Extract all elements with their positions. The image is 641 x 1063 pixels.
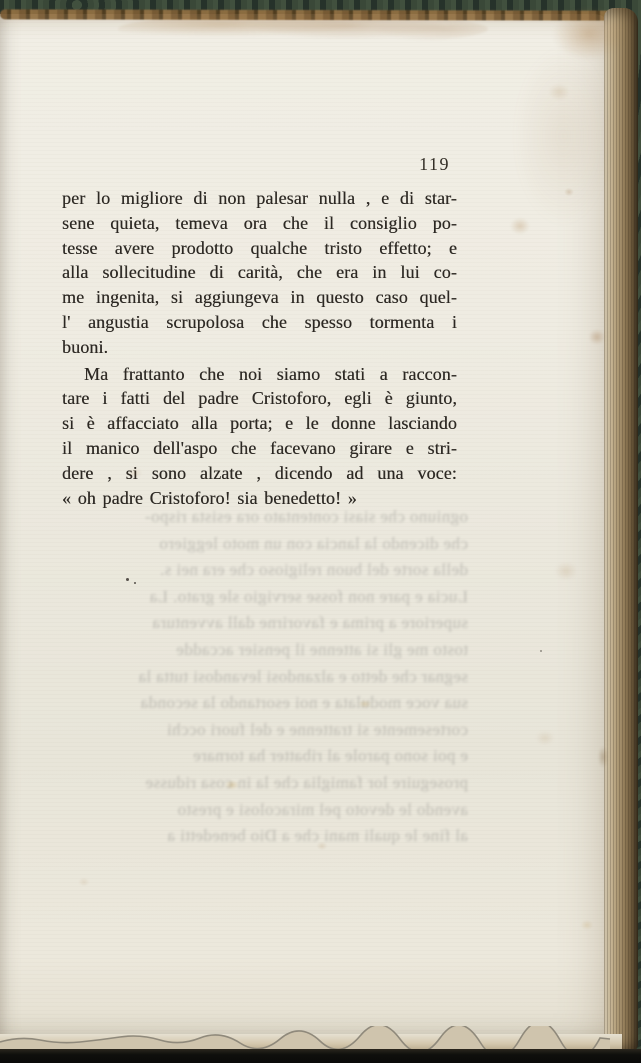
word: , (107, 461, 112, 486)
word: , (256, 461, 261, 486)
word: po- (433, 211, 457, 236)
text-line: meingenita,siaggiungevainquestocasoquel- (62, 285, 457, 310)
word: e (285, 411, 293, 436)
word: avere (115, 236, 154, 261)
showthrough-line: Lucia e pare non fosse servigio sle grat… (36, 584, 468, 611)
word: alla (191, 411, 217, 436)
word: si (171, 285, 183, 310)
word: me (62, 285, 84, 310)
word: il (324, 211, 334, 236)
word: tare (62, 386, 89, 411)
word: fatti (120, 386, 150, 411)
word: che (297, 260, 322, 285)
word: dell'aspo (153, 436, 217, 461)
word: dere (62, 461, 93, 486)
word: ingenita, (96, 285, 159, 310)
word: sollecitudine (102, 260, 195, 285)
showthrough-line: avendo le devoto pel miracolosi e presto (36, 797, 468, 824)
word: porta; (230, 411, 273, 436)
word: quieta, (110, 211, 159, 236)
showthrough-line: ogniuno che siasi contentato ora esista … (36, 504, 468, 531)
page-top-ragged-edge (0, 9, 618, 20)
word: di (193, 186, 207, 211)
text-line: Mafrattantochenoisiamostatiaraccon- (62, 362, 457, 387)
word: giunto, (406, 386, 457, 411)
word: e (406, 436, 414, 461)
paper-page: 119 perlomiglioredinonpalesarnulla,edist… (0, 14, 612, 1038)
word: egli (344, 386, 371, 411)
word: che (199, 362, 224, 387)
showthrough: ogniuno che siasi contentato ora esista … (36, 504, 468, 850)
showthrough-line: al fine le quali mani che a Dio benedett… (36, 823, 468, 850)
word: co- (434, 260, 457, 285)
word: scrupolosa (166, 310, 244, 335)
word: caso (375, 285, 407, 310)
word: voce: (417, 461, 456, 486)
word: padre (198, 386, 238, 411)
word: è (385, 386, 393, 411)
word: sono (152, 461, 186, 486)
word: manico (86, 436, 140, 461)
book-page-scan: 119 perlomiglioredinonpalesarnulla,edist… (0, 0, 641, 1063)
word: si (126, 461, 138, 486)
word: alla (62, 260, 88, 285)
word: , (366, 186, 371, 211)
word: ora (244, 211, 267, 236)
showthrough-line: proseguire lor famiglia che la in cosa r… (36, 770, 468, 797)
word: era (336, 260, 358, 285)
word: temeva (175, 211, 228, 236)
word: aggiungeva (195, 285, 279, 310)
showthrough-line: sua voce modulata e noi esortando la sec… (36, 690, 468, 717)
word: affacciato (107, 411, 179, 436)
word: tesse (62, 236, 98, 261)
word: è (87, 411, 95, 436)
word: facevano (270, 436, 336, 461)
word: angustia (88, 310, 149, 335)
word: palesar (256, 186, 308, 211)
word: tormenta (370, 310, 435, 335)
word: stati (335, 362, 366, 387)
word: noi (239, 362, 262, 387)
word: che (283, 211, 308, 236)
word: effetto; (379, 236, 431, 261)
showthrough-line: tosto me gli si attenne il pensier accad… (36, 637, 468, 664)
text-block: perlomiglioredinonpalesarnulla,edistar-s… (62, 186, 457, 510)
word: che (262, 310, 287, 335)
text-line: perlomiglioredinonpalesarnulla,edistar- (62, 186, 457, 211)
word: il (62, 436, 72, 461)
word: questo (316, 285, 364, 310)
word: lo (96, 186, 110, 211)
word: sene (62, 211, 94, 236)
text-line: tesseavereprodottoqualchetristoeffetto;e (62, 236, 457, 261)
word: per (62, 186, 85, 211)
word: tristo (324, 236, 362, 261)
word: una (377, 461, 403, 486)
word: nulla (319, 186, 356, 211)
word: raccon- (402, 362, 457, 387)
word: consiglio (350, 211, 417, 236)
word: i (452, 310, 457, 335)
word: i (102, 386, 107, 411)
scan-bottom-shadow (0, 1049, 641, 1063)
word: star- (425, 186, 457, 211)
word: quel- (419, 285, 456, 310)
word: Ma (84, 362, 108, 387)
word: di (210, 260, 224, 285)
word: lasciando (388, 411, 457, 436)
text-line: ilmanicodell'aspochefacevanogirareestri- (62, 436, 457, 461)
word: le (306, 411, 319, 436)
showthrough-line: che dicendo la lancia con un moto leggie… (36, 531, 468, 558)
word: non (218, 186, 245, 211)
showthrough-line: segnar che detto e alzandosi levandosi t… (36, 664, 468, 691)
text-line: allasollecitudinedicarità,cheerainluico- (62, 260, 457, 285)
word: prodotto (171, 236, 233, 261)
word: Cristoforo, (252, 386, 332, 411)
showthrough-line: superiore a prima e favorirne dall avven… (36, 610, 468, 637)
word: e (449, 236, 457, 261)
word: dicendo (275, 461, 333, 486)
word: donne (331, 411, 376, 436)
word: siamo (277, 362, 321, 387)
word: carità, (238, 260, 283, 285)
word: in (290, 285, 304, 310)
word: qualche (250, 236, 307, 261)
word: e (381, 186, 389, 211)
word: che (231, 436, 256, 461)
word: girare (349, 436, 392, 461)
word: del (163, 386, 185, 411)
text-line: sièaffacciatoallaporta;eledonnelasciando (62, 411, 457, 436)
showthrough-line: e poi sono parole al ribatter ha tornare (36, 743, 468, 770)
word: si (62, 411, 74, 436)
text-line: buoni. (62, 335, 457, 360)
text-line: senequieta,temevaoracheilconsigliopo- (62, 211, 457, 236)
word: ad (346, 461, 363, 486)
page-number: 119 (402, 154, 450, 175)
word: l' (62, 310, 70, 335)
word: di (400, 186, 414, 211)
text-line: dere,sisonoalzate,dicendoadunavoce: (62, 461, 457, 486)
word: in (372, 260, 386, 285)
showthrough-line: cortesemente si trattenne e del fuori oc… (36, 717, 468, 744)
book-fore-edge (604, 8, 638, 1052)
word: lui (400, 260, 419, 285)
word: frattanto (123, 362, 185, 387)
word: spesso (304, 310, 352, 335)
word: a (380, 362, 388, 387)
word: alzate (200, 461, 243, 486)
word: stri- (427, 436, 457, 461)
text-line: l'angustiascrupolosachespessotormentai (62, 310, 457, 335)
word: migliore (121, 186, 183, 211)
showthrough-line: della sorte del buon religioso che era n… (36, 557, 468, 584)
text-line: tareifattidelpadreCristoforo,egliègiunto… (62, 386, 457, 411)
